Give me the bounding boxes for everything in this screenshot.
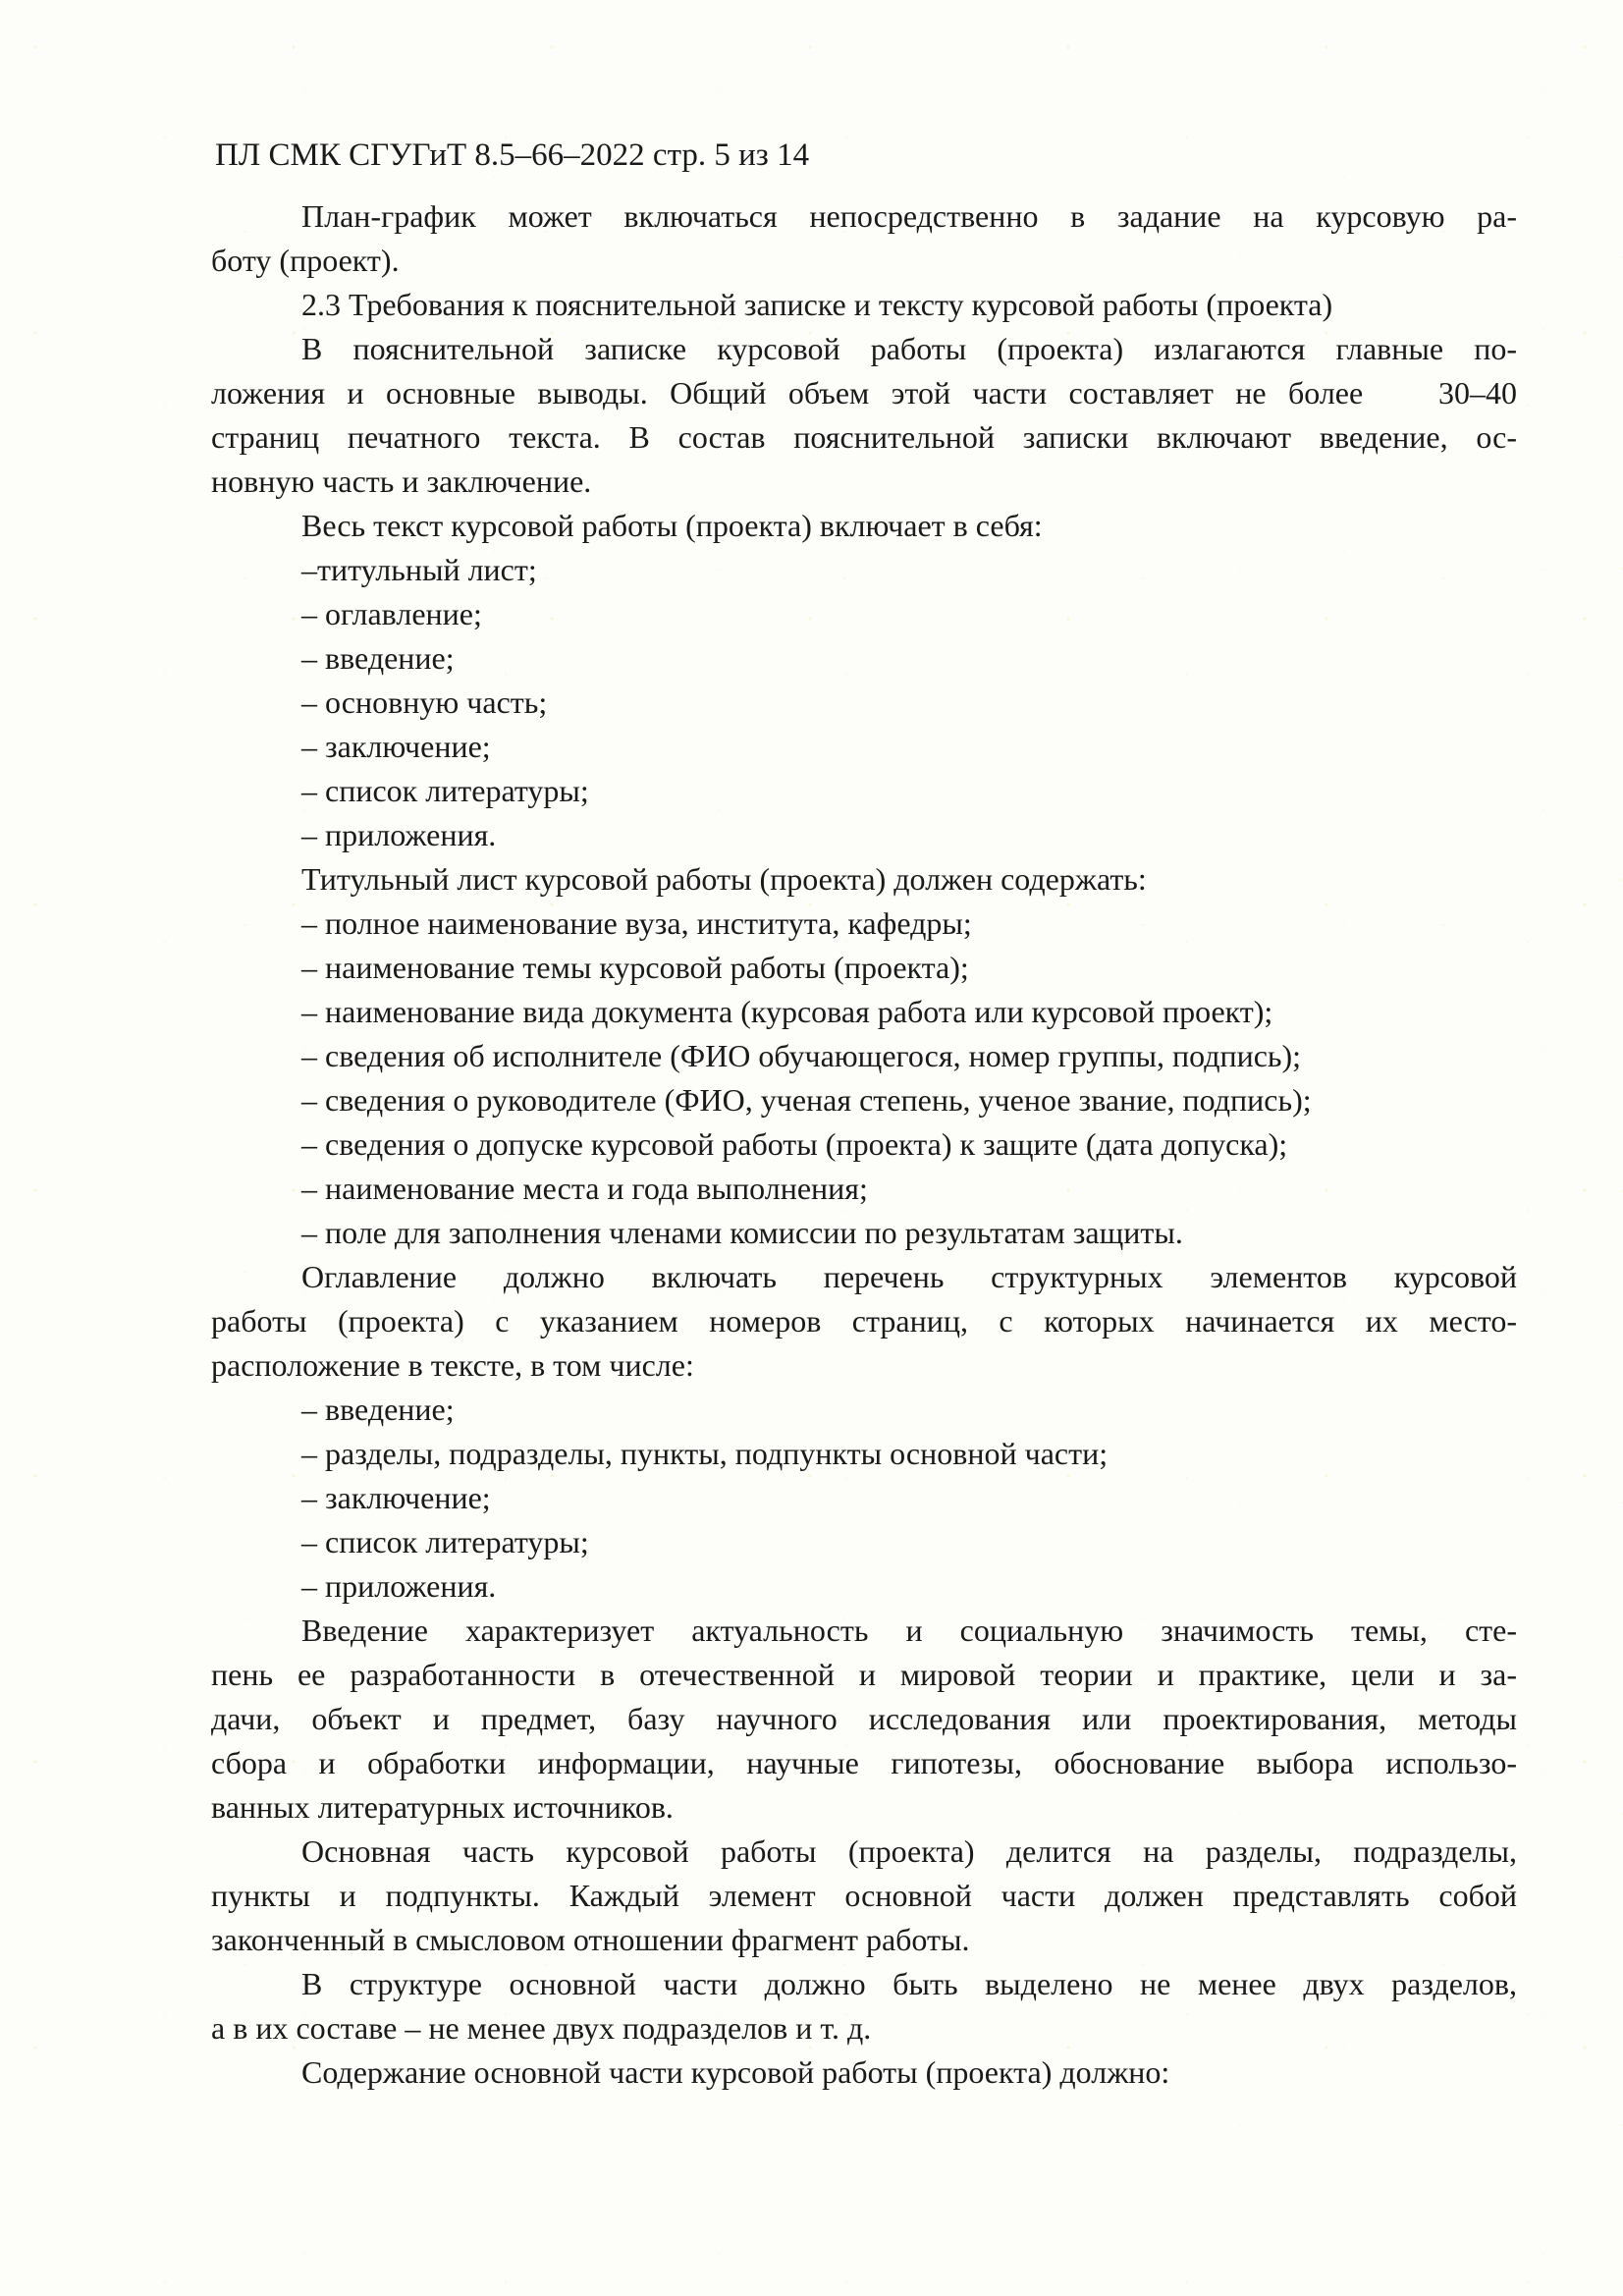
list-item: – сведения об исполнителе (ФИО обучающег…	[211, 1034, 1517, 1078]
text-line: Титульный лист курсовой работы (проекта)…	[211, 857, 1517, 902]
document-text: План-график может включаться непосредств…	[211, 194, 1517, 2095]
list-item: – поле для заполнения членами комиссии п…	[211, 1211, 1517, 1255]
list-item: – введение;	[211, 636, 1517, 681]
list-item: – введение;	[211, 1388, 1517, 1432]
list-item: – заключение;	[211, 1476, 1517, 1520]
text-line: В пояснительной записке курсовой работы …	[211, 327, 1517, 371]
text-line: Основная часть курсовой работы (проекта)…	[211, 1830, 1517, 1874]
list-item: – наименование темы курсовой работы (про…	[211, 946, 1517, 990]
list-item: – сведения о руководителе (ФИО, ученая с…	[211, 1078, 1517, 1122]
text-line: пункты и подпункты. Каждый элемент основ…	[211, 1874, 1517, 1918]
text-line: новную часть и заключение.	[211, 460, 1517, 504]
text-line: Оглавление должно включать перечень стру…	[211, 1255, 1517, 1299]
page-header: ПЛ СМК СГУГиТ 8.5–66–2022 стр. 5 из 14	[215, 137, 809, 174]
text-line: сбора и обработки информации, научные ги…	[211, 1741, 1517, 1785]
text-line: законченный в смысловом отношении фрагме…	[211, 1918, 1517, 1962]
text-line: дачи, объект и предмет, базу научного ис…	[211, 1697, 1517, 1741]
text-line: 2.3 Требования к пояснительной записке и…	[211, 283, 1517, 327]
list-item: – список литературы;	[211, 769, 1517, 813]
text-line: ванных литературных источников.	[211, 1785, 1517, 1830]
list-item: – основную часть;	[211, 681, 1517, 725]
text-line: расположение в тексте, в том числе:	[211, 1343, 1517, 1388]
text-line: страниц печатного текста. В состав поясн…	[211, 415, 1517, 460]
text-line: Весь текст курсовой работы (проекта) вкл…	[211, 504, 1517, 548]
list-item: – оглавление;	[211, 592, 1517, 636]
text-line: Содержание основной части курсовой работ…	[211, 2050, 1517, 2095]
list-item: – приложения.	[211, 1564, 1517, 1609]
text-line: боту (проект).	[211, 239, 1517, 283]
text-line: Введение характеризует актуальность и со…	[211, 1609, 1517, 1653]
list-item: –титульный лист;	[211, 548, 1517, 592]
list-item: – заключение;	[211, 725, 1517, 769]
list-item: – разделы, подразделы, пункты, подпункты…	[211, 1432, 1517, 1476]
list-item: – список литературы;	[211, 1520, 1517, 1564]
text-line: План-график может включаться непосредств…	[211, 194, 1517, 239]
text-line: работы (проекта) с указанием номеров стр…	[211, 1299, 1517, 1343]
text-line: В структуре основной части должно быть в…	[211, 1962, 1517, 2006]
list-item: – наименование вида документа (курсовая …	[211, 990, 1517, 1034]
scanned-document-page: { "meta": { "header": "ПЛ СМК СГУГиТ 8.5…	[0, 0, 1623, 2296]
list-item: – полное наименование вуза, института, к…	[211, 902, 1517, 946]
text-line: ложения и основные выводы. Общий объем э…	[211, 371, 1517, 415]
text-line: а в их составе – не менее двух подраздел…	[211, 2006, 1517, 2050]
list-item: – приложения.	[211, 813, 1517, 857]
list-item: – наименование места и года выполнения;	[211, 1167, 1517, 1211]
text-line: пень ее разработанности в отечественной …	[211, 1653, 1517, 1697]
list-item: – сведения о допуске курсовой работы (пр…	[211, 1122, 1517, 1167]
